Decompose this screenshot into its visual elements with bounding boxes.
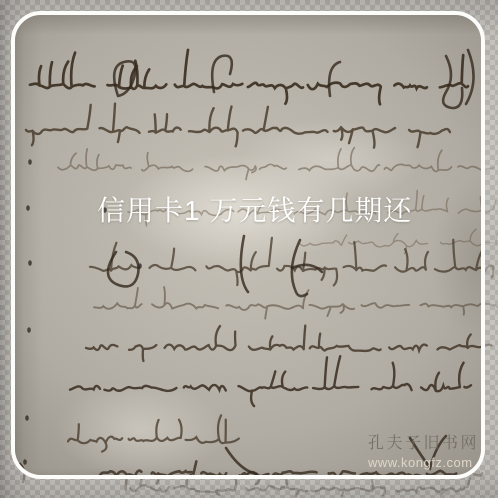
watermark-site-name: 孔夫子旧书网	[368, 435, 479, 453]
manuscript-photo-card: 信用卡1 万元钱有几期还 孔夫子旧书网 www.kongfz.com	[11, 11, 485, 479]
watermark: 孔夫子旧书网 www.kongfz.com	[368, 435, 479, 471]
handwriting-strokes	[11, 11, 485, 479]
overlay-title-text: 信用卡1 万元钱有几期还	[97, 194, 412, 228]
image-canvas: 信用卡1 万元钱有几期还 孔夫子旧书网 www.kongfz.com 信用卡1 …	[0, 0, 498, 498]
manuscript-photo: 信用卡1 万元钱有几期还 孔夫子旧书网 www.kongfz.com	[11, 11, 485, 479]
watermark-site-url: www.kongfz.com	[368, 456, 479, 471]
